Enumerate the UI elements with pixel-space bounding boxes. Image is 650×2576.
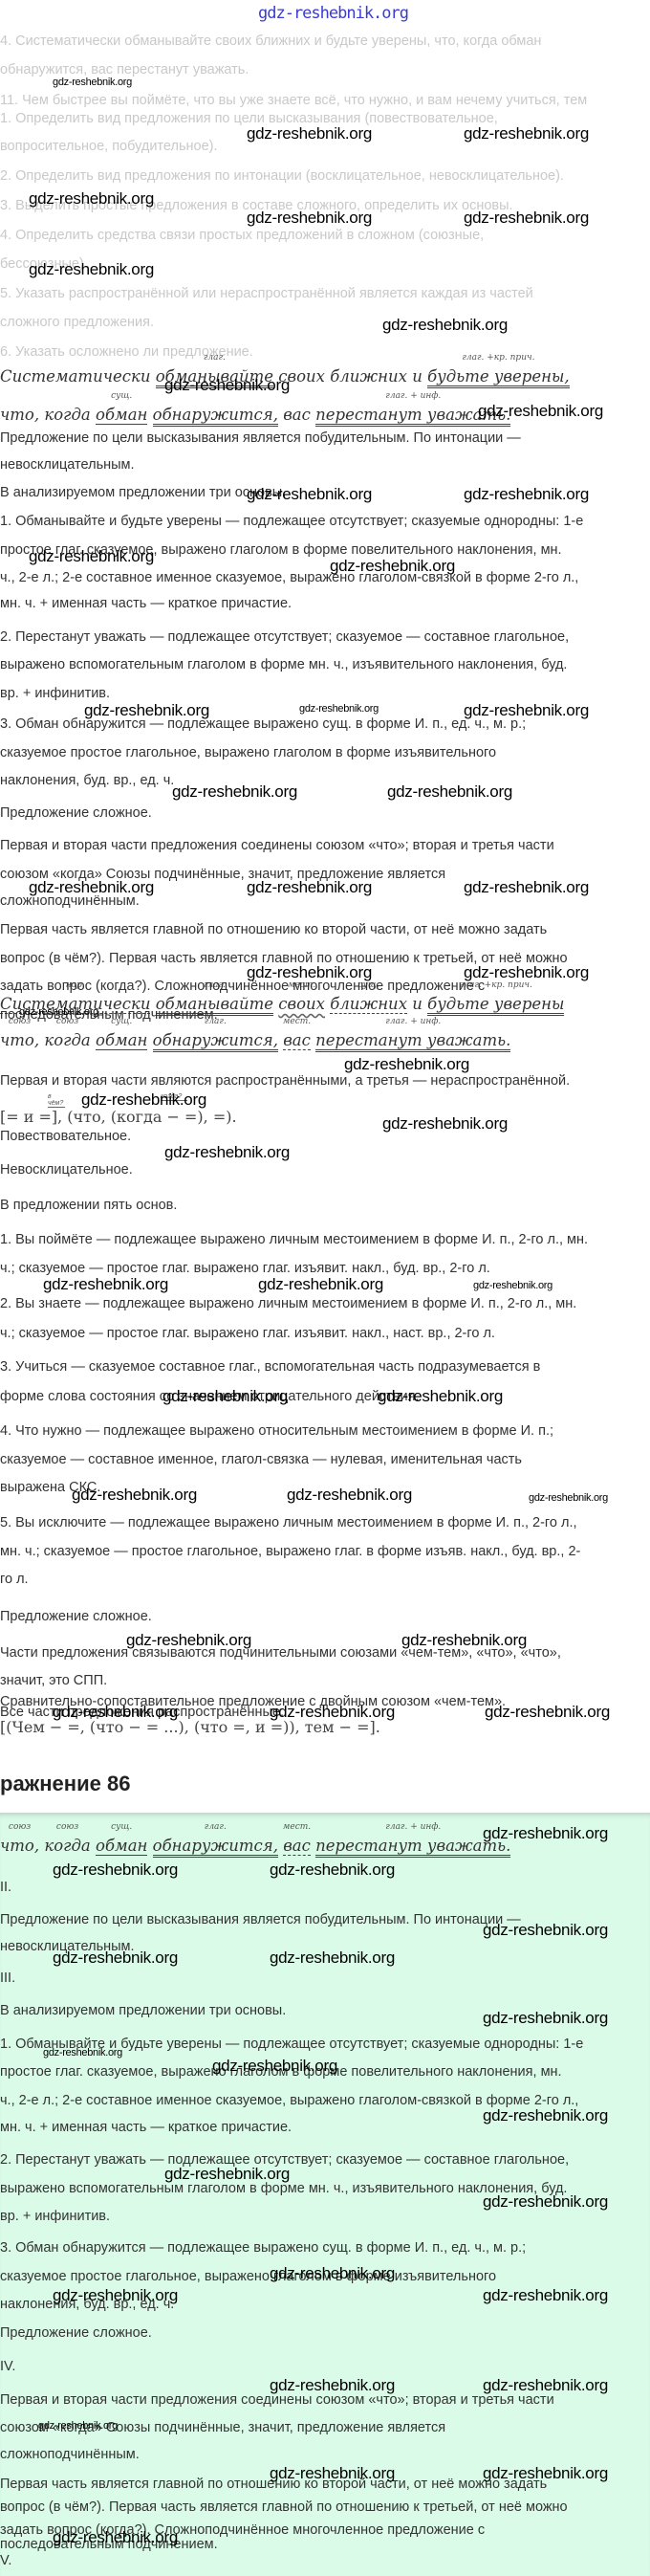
parsed-sentence-line: что, когда обмансущ. обнаружится, вас пе… bbox=[0, 406, 510, 424]
watermark: gdz-reshebnik.org bbox=[162, 1387, 288, 1406]
watermark: gdz-reshebnik.org bbox=[270, 1860, 395, 1880]
watermark: gdz-reshebnik.org bbox=[212, 2057, 337, 2076]
parsed-word: и bbox=[412, 995, 422, 1013]
task-step: 5. Указать распространённой или нераспро… bbox=[0, 284, 533, 303]
watermark: gdz-reshebnik.org bbox=[330, 557, 455, 576]
parsed-word: что,союз bbox=[0, 1837, 39, 1855]
analysis-line: Повествовательное. bbox=[0, 1127, 131, 1146]
watermark: gdz-reshebnik.org bbox=[483, 2464, 608, 2483]
watermark: gdz-reshebnik.org bbox=[464, 485, 589, 504]
watermark: gdz-reshebnik.org bbox=[483, 1824, 608, 1843]
analysis-line: задать вопрос (когда?). Сложноподчинённо… bbox=[0, 977, 485, 996]
parsed-word: васмест. bbox=[283, 1031, 311, 1049]
analysis-line: ч., 2-е л.; 2-е составное именное сказуе… bbox=[0, 568, 578, 587]
parsed-word: ближнихсущ. bbox=[330, 995, 407, 1013]
part-of-speech-label: мест. bbox=[283, 1822, 311, 1832]
site-logo[interactable]: gdz-reshebnik.org bbox=[258, 4, 408, 23]
parsed-sentence-line: что,союз когдасоюз обмансущ. обнаружится… bbox=[0, 1031, 510, 1049]
watermark: gdz-reshebnik.org bbox=[53, 77, 132, 88]
watermark: gdz-reshebnik.org bbox=[483, 2009, 608, 2028]
analysis-line: Первая часть является главной по отношен… bbox=[0, 920, 547, 939]
watermark: gdz-reshebnik.org bbox=[382, 1114, 508, 1134]
task-step: вопросительное, побудительное). bbox=[0, 137, 218, 156]
part-of-speech-label: глаг. + инф. bbox=[385, 391, 441, 401]
part-of-speech-label: сущ. bbox=[111, 391, 132, 401]
watermark: gdz-reshebnik.org bbox=[29, 547, 154, 566]
analysis-line: сказуемое — составное именное, глагол-св… bbox=[0, 1450, 522, 1469]
watermark: gdz-reshebnik.org bbox=[164, 376, 290, 395]
watermark: gdz-reshebnik.org bbox=[529, 1492, 608, 1504]
part-of-speech-label: глаг. + инф. bbox=[385, 1822, 441, 1832]
watermark: gdz-reshebnik.org bbox=[258, 1275, 383, 1294]
analysis-line: значит, это СПП. bbox=[0, 1671, 107, 1690]
task-sentence-4: 4. Систематически обманывайте своих ближ… bbox=[0, 32, 541, 51]
part-of-speech-label: союз bbox=[56, 1822, 78, 1832]
part-of-speech-label: глаг. bbox=[204, 353, 226, 363]
watermark: gdz-reshebnik.org bbox=[270, 2376, 395, 2395]
watermark: gdz-reshebnik.org bbox=[247, 878, 372, 897]
watermark: gdz-reshebnik.org bbox=[473, 1280, 552, 1291]
analysis-line: сложноподчинённым. bbox=[0, 2445, 140, 2464]
task-step: сложного предложения. bbox=[0, 313, 154, 332]
analysis-line: вр. + инфинитив. bbox=[0, 2207, 110, 2226]
part-of-speech-label: союз bbox=[9, 1822, 31, 1832]
analysis-line: вопрос (в чём?). Первая часть является г… bbox=[0, 2498, 568, 2517]
watermark: gdz-reshebnik.org bbox=[464, 209, 589, 228]
watermark: gdz-reshebnik.org bbox=[478, 402, 603, 421]
analysis-line: ч.; сказуемое — простое глаг. выражено г… bbox=[0, 1324, 495, 1343]
watermark: gdz-reshebnik.org bbox=[172, 782, 297, 802]
parsed-word: когдасоюз bbox=[44, 1837, 90, 1855]
sentence-scheme-1: [= и =], (что, (когда − =), =). bbox=[0, 1108, 237, 1126]
parsed-word: перестанут уважать.глаг. + инф. bbox=[315, 1031, 510, 1049]
page: gdz-reshebnik.org 4. Систематически обма… bbox=[0, 0, 650, 2576]
parts-description: Первая и вторая части являются распростр… bbox=[0, 1071, 570, 1090]
part-of-speech-label: глаг. + инф. bbox=[385, 1017, 441, 1026]
watermark: gdz-reshebnik.org bbox=[29, 260, 154, 279]
analysis-line: IV. bbox=[0, 2357, 15, 2376]
part-of-speech-label: сущ. bbox=[111, 1822, 132, 1832]
watermark: gdz-reshebnik.org bbox=[464, 963, 589, 982]
watermark: gdz-reshebnik.org bbox=[270, 1703, 395, 1722]
parsed-sentence-line: что,союз когдасоюз обмансущ. обнаружится… bbox=[0, 1837, 510, 1855]
parsed-word: когда bbox=[44, 406, 90, 424]
analysis-line: Предложение по цели высказывания являетс… bbox=[0, 429, 521, 448]
analysis-line: 4. Что нужно — подлежащее выражено относ… bbox=[0, 1421, 553, 1441]
parsed-word: обмансущ. bbox=[96, 1031, 147, 1049]
analysis-line: Первая и вторая части предложения соедин… bbox=[0, 836, 554, 855]
parsed-word: будьте увереныглаг. +кр. прич. bbox=[427, 995, 564, 1013]
parsed-word: обмансущ. bbox=[96, 1837, 147, 1855]
watermark: gdz-reshebnik.org bbox=[483, 1921, 608, 1940]
watermark: gdz-reshebnik.org bbox=[247, 209, 372, 228]
watermark: gdz-reshebnik.org bbox=[247, 485, 372, 504]
analysis-line: 3. Обман обнаружится — подлежащее выраже… bbox=[0, 2238, 526, 2257]
parsed-word: когдасоюз bbox=[44, 1031, 90, 1049]
analysis-line: В анализируемом предложении три основы. bbox=[0, 2001, 286, 2020]
watermark: gdz-reshebnik.org bbox=[81, 1090, 206, 1110]
watermark: gdz-reshebnik.org bbox=[29, 189, 154, 209]
watermark: gdz-reshebnik.org bbox=[464, 878, 589, 897]
parsed-word: васмест. bbox=[283, 1837, 311, 1855]
analysis-line: II. bbox=[0, 1878, 11, 1897]
parsed-word: обнаружится,глаг. bbox=[153, 1837, 278, 1855]
watermark: gdz-reshebnik.org bbox=[483, 2376, 608, 2395]
watermark: gdz-reshebnik.org bbox=[270, 2464, 395, 2483]
watermark: gdz-reshebnik.org bbox=[53, 1949, 178, 1968]
analysis-line: 1. Вы поймёте — подлежащее выражено личн… bbox=[0, 1230, 588, 1249]
watermark: gdz-reshebnik.org bbox=[483, 2106, 608, 2125]
analysis-line: 2. Перестанут уважать — подлежащее отсут… bbox=[0, 627, 569, 647]
watermark: gdz-reshebnik.org bbox=[126, 1631, 251, 1650]
watermark: gdz-reshebnik.org bbox=[53, 2528, 178, 2547]
watermark: gdz-reshebnik.org bbox=[84, 701, 209, 720]
analysis-line: 3. Учиться — сказуемое составное глаг., … bbox=[0, 1357, 540, 1376]
analysis-line: невосклицательным. bbox=[0, 455, 135, 474]
parsed-word: своих ближних и bbox=[278, 367, 422, 385]
analysis-line: 2. Вы знаете — подлежащее выражено личны… bbox=[0, 1294, 576, 1313]
watermark: gdz-reshebnik.org bbox=[299, 703, 379, 715]
watermark: gdz-reshebnik.org bbox=[53, 1703, 178, 1722]
parsed-word: Систематически bbox=[0, 367, 150, 385]
watermark: gdz-reshebnik.org bbox=[38, 2420, 118, 2432]
watermark: gdz-reshebnik.org bbox=[247, 963, 372, 982]
watermark: gdz-reshebnik.org bbox=[485, 1703, 610, 1722]
analysis-line: 5. Вы исключите — подлежащее выражено ли… bbox=[0, 1513, 577, 1532]
analysis-line: мн. ч.; сказуемое — простое глагольное, … bbox=[0, 1542, 580, 1561]
parsed-word: вас bbox=[283, 406, 311, 424]
parsed-word: обнаружится,глаг. bbox=[153, 1031, 278, 1049]
analysis-line: Предложение сложное. bbox=[0, 2323, 152, 2343]
watermark: gdz-reshebnik.org bbox=[270, 1949, 395, 1968]
watermark: gdz-reshebnik.org bbox=[53, 2286, 178, 2305]
parsed-word: будьте уверены,глаг. +кр. прич. bbox=[427, 367, 570, 385]
analysis-line: выражено вспомогательным глаголом в форм… bbox=[0, 655, 567, 674]
task-step: 2. Определить вид предложения по интонац… bbox=[0, 166, 564, 186]
analysis-line: сказуемое простое глагольное, выражено г… bbox=[0, 743, 496, 762]
watermark: gdz-reshebnik.org bbox=[382, 316, 508, 335]
analysis-line: мн. ч. + именная часть — краткое причаст… bbox=[0, 594, 292, 613]
analysis-line: сказуемое простое глагольное, выражено г… bbox=[0, 2267, 496, 2286]
analysis-line: 1. Обманывайте и будьте уверены — подлеж… bbox=[0, 512, 583, 531]
watermark: gdz-reshebnik.org bbox=[247, 124, 372, 143]
watermark: gdz-reshebnik.org bbox=[43, 1275, 168, 1294]
watermark: gdz-reshebnik.org bbox=[287, 1486, 412, 1505]
parsed-word: обмансущ. bbox=[96, 406, 147, 424]
analysis-line: V. bbox=[0, 2551, 11, 2570]
parsed-word: своихмест. bbox=[278, 995, 325, 1013]
parsed-word: обнаружится, bbox=[153, 406, 278, 424]
analysis-line: В анализируемом предложении три основы. bbox=[0, 483, 286, 502]
parsed-word: что, bbox=[0, 406, 39, 424]
watermark: gdz-reshebnik.org bbox=[19, 1006, 98, 1018]
watermark: gdz-reshebnik.org bbox=[464, 701, 589, 720]
analysis-line: наклонения, буд. вр., ед. ч. bbox=[0, 771, 174, 790]
part-of-speech-label: глаг. +кр. прич. bbox=[462, 353, 534, 363]
parsed-word: что,союз bbox=[0, 1031, 39, 1049]
exercise-heading: ражнение 86 bbox=[0, 1772, 130, 1796]
watermark: gdz-reshebnik.org bbox=[270, 2264, 395, 2283]
analysis-line: го л. bbox=[0, 1570, 29, 1589]
part-of-speech-label: мест. bbox=[283, 1017, 311, 1026]
watermark: gdz-reshebnik.org bbox=[72, 1486, 197, 1505]
watermark: gdz-reshebnik.org bbox=[164, 1143, 290, 1162]
task-step: 4. Определить средства связи простых пре… bbox=[0, 226, 484, 245]
watermark: gdz-reshebnik.org bbox=[464, 124, 589, 143]
watermark: gdz-reshebnik.org bbox=[43, 2047, 122, 2059]
watermark: gdz-reshebnik.org bbox=[483, 2286, 608, 2305]
analysis-line: Предложение сложное. bbox=[0, 804, 152, 823]
watermark: gdz-reshebnik.org bbox=[387, 782, 512, 802]
analysis-line: Предложение сложное. bbox=[0, 1607, 152, 1626]
analysis-line: III. bbox=[0, 1969, 15, 1988]
watermark: gdz-reshebnik.org bbox=[378, 1387, 503, 1406]
watermark: gdz-reshebnik.org bbox=[29, 878, 154, 897]
watermark: gdz-reshebnik.org bbox=[164, 2165, 290, 2184]
analysis-line: В предложении пять основ. bbox=[0, 1196, 177, 1215]
scheme-question: в чём? bbox=[48, 1093, 65, 1108]
watermark: gdz-reshebnik.org bbox=[483, 2192, 608, 2212]
parsed-word: перестанут уважать.глаг. + инф. bbox=[315, 1837, 510, 1855]
analysis-line: мн. ч. + именная часть — краткое причаст… bbox=[0, 2118, 292, 2137]
analysis-line: Невосклицательное. bbox=[0, 1160, 133, 1179]
analysis-line: 3. Обман обнаружится — подлежащее выраже… bbox=[0, 715, 526, 734]
watermark: gdz-reshebnik.org bbox=[344, 1055, 469, 1074]
task-sentence-11: 11. Чем быстрее вы поймёте, что вы уже з… bbox=[0, 91, 587, 110]
watermark: gdz-reshebnik.org bbox=[401, 1631, 527, 1650]
part-of-speech-label: глаг. bbox=[205, 1822, 227, 1832]
analysis-line: вр. + инфинитив. bbox=[0, 684, 110, 703]
analysis-line: Предложение по цели высказывания являетс… bbox=[0, 1910, 521, 1929]
watermark: gdz-reshebnik.org bbox=[53, 1860, 178, 1880]
